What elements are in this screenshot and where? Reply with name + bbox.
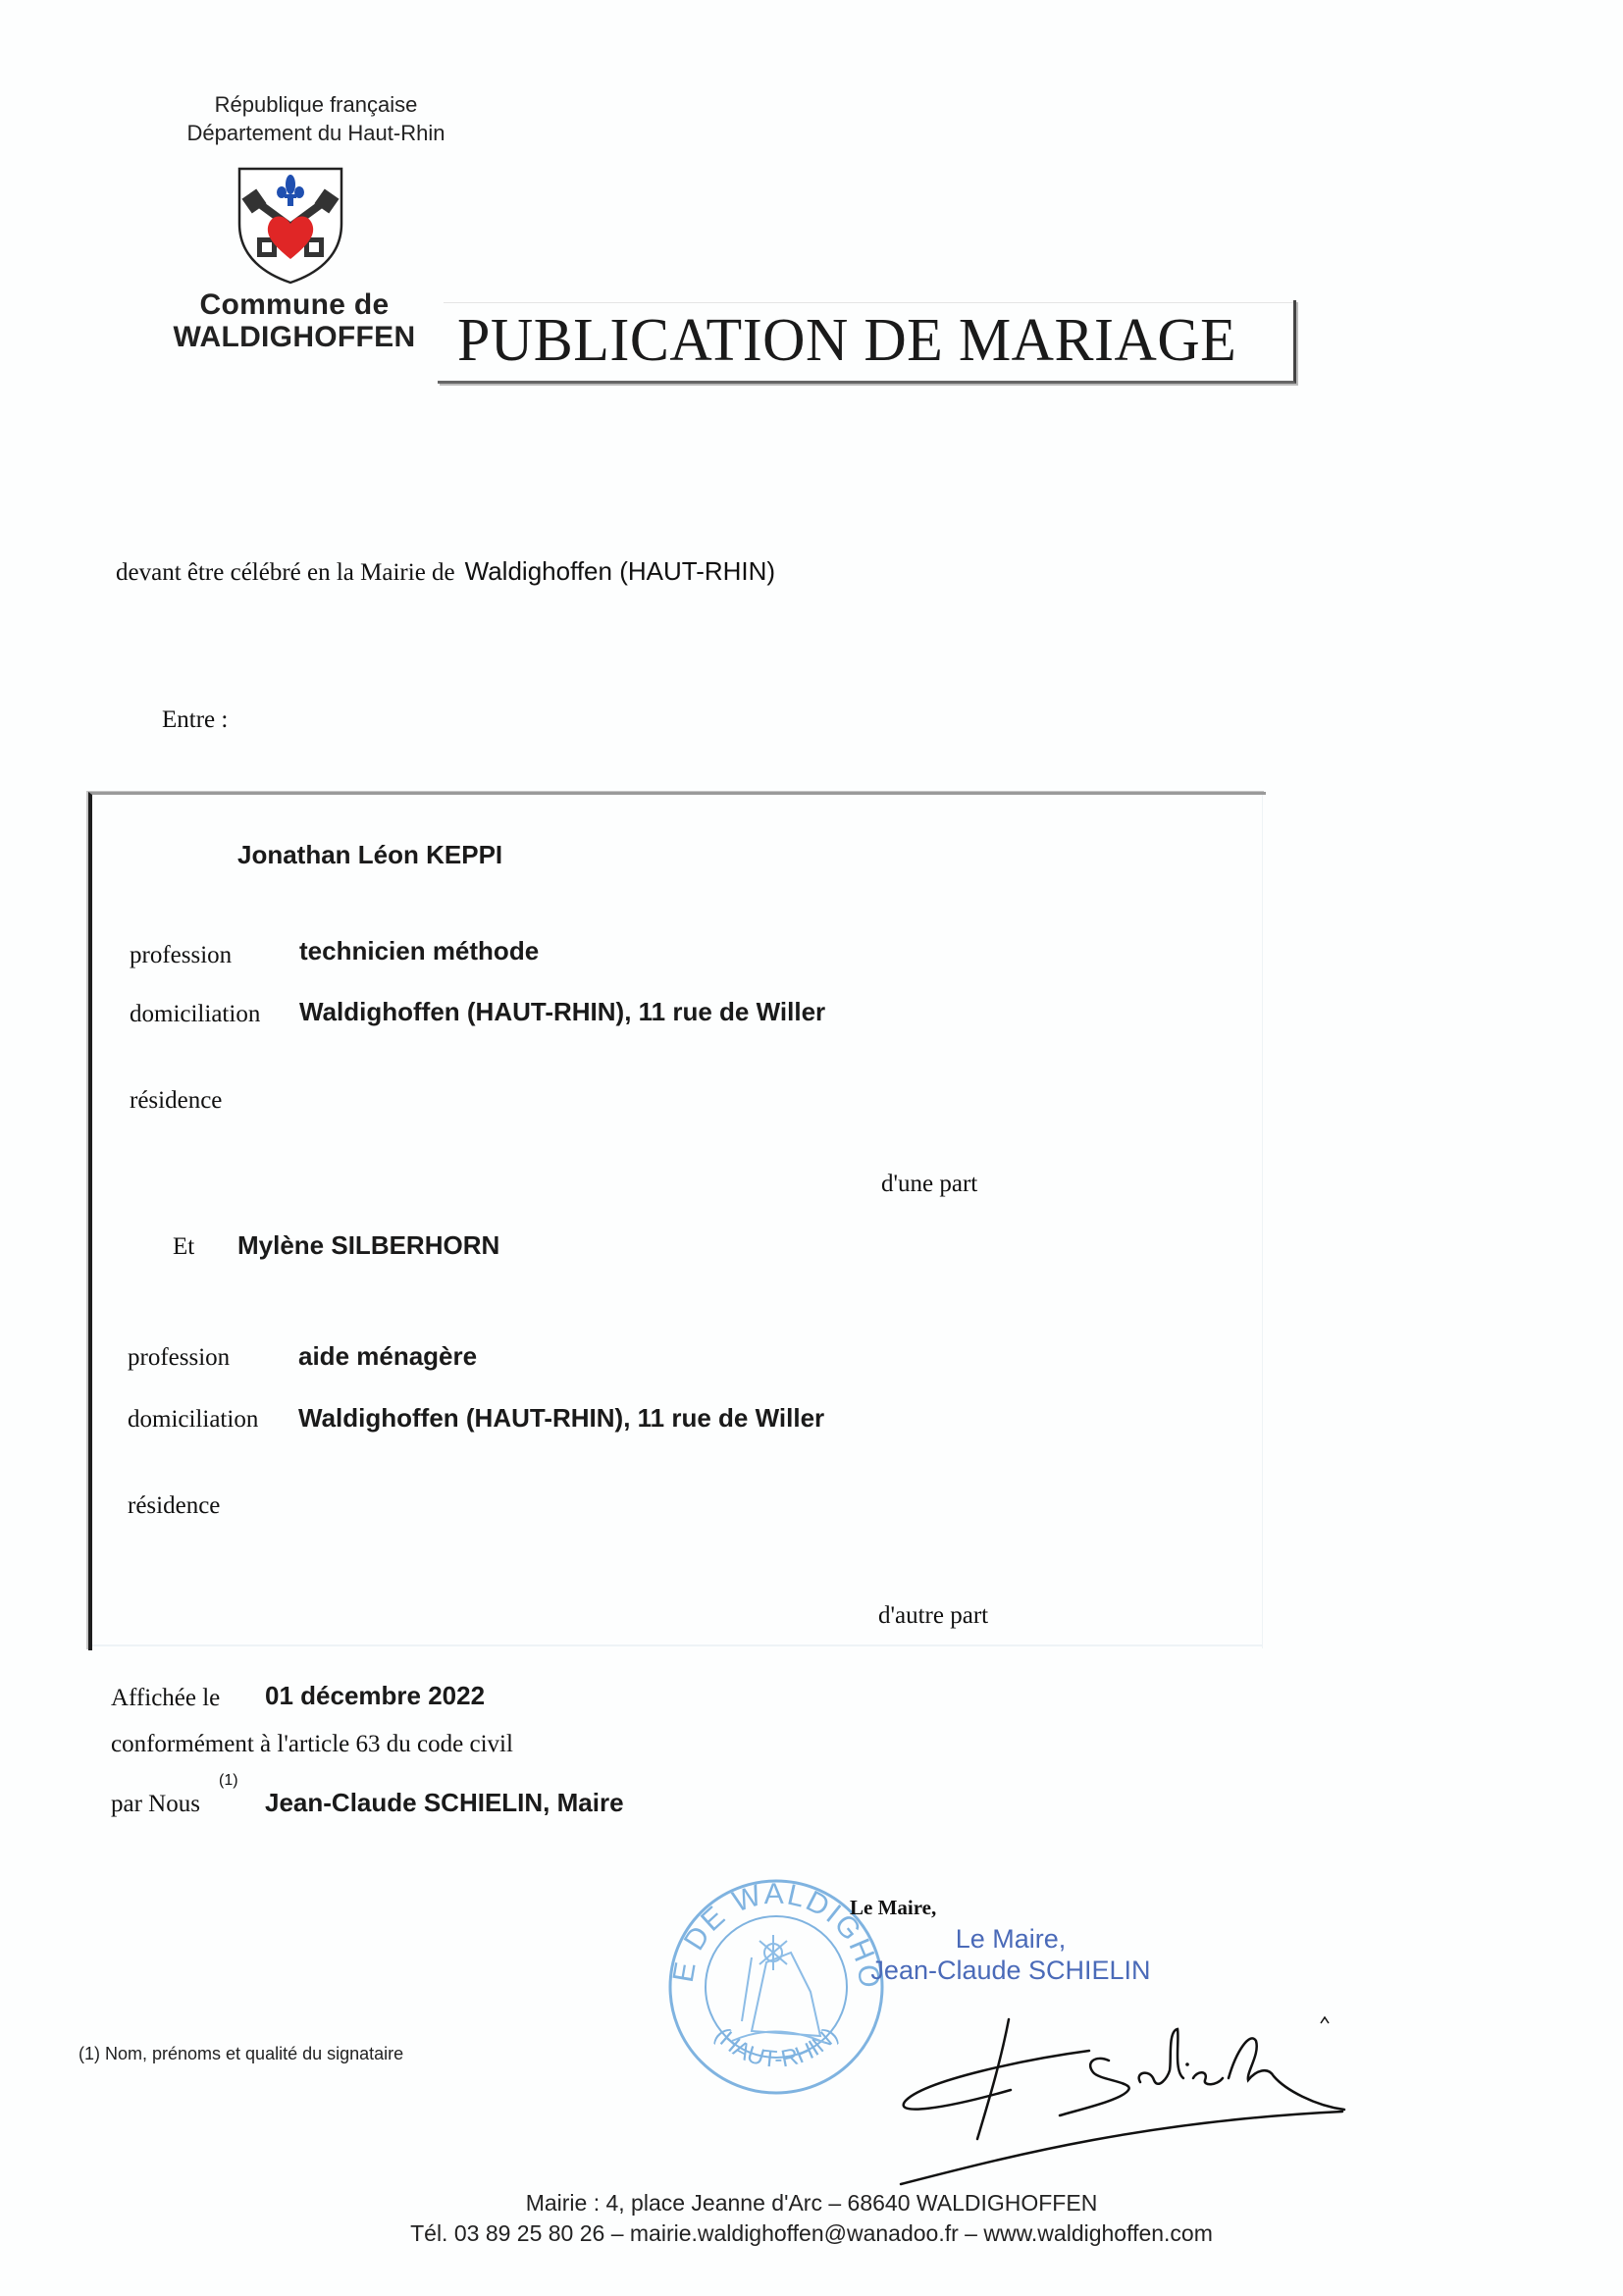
partner1-part-label: d'une part bbox=[881, 1171, 977, 1198]
partner2-profession-label: profession bbox=[128, 1344, 230, 1372]
partner1-profession: technicien méthode bbox=[299, 936, 539, 966]
partners-box-bottom-border bbox=[92, 1644, 1262, 1646]
mayor-stamp-title: Le Maire, bbox=[864, 1923, 1158, 1955]
commune-line1: Commune de bbox=[147, 288, 442, 321]
commune-name: Commune de WALDIGHOFFEN bbox=[147, 288, 442, 353]
partner2-residence-label: résidence bbox=[128, 1492, 220, 1520]
department-label: Département du Haut-Rhin bbox=[169, 119, 463, 147]
ceremony-line: devant être célébré en la Mairie deWaldi… bbox=[116, 556, 775, 587]
title-box-top-border bbox=[444, 302, 1293, 303]
partner2-profession: aide ménagère bbox=[298, 1341, 477, 1372]
partner2-part-label: d'autre part bbox=[878, 1602, 988, 1630]
mayor-signature bbox=[883, 2011, 1354, 2198]
partner2-prefix: Et bbox=[173, 1233, 194, 1261]
partner2-domicile-label: domiciliation bbox=[128, 1406, 258, 1434]
page-title: PUBLICATION DE MARIAGE bbox=[457, 305, 1236, 376]
article-text: conformément à l'article 63 du code civi… bbox=[111, 1731, 513, 1758]
partner2-domicile: Waldighoffen (HAUT-RHIN), 11 rue de Will… bbox=[298, 1403, 824, 1434]
svg-text:(HAUT-RHIN): (HAUT-RHIN) bbox=[709, 2022, 843, 2072]
partner1-domicile: Waldighoffen (HAUT-RHIN), 11 rue de Will… bbox=[299, 997, 825, 1027]
header-republic: République française Département du Haut… bbox=[169, 90, 463, 147]
footer-address: Mairie : 4, place Jeanne d'Arc – 68640 W… bbox=[294, 2188, 1329, 2218]
partner1-domicile-label: domiciliation bbox=[130, 1001, 260, 1028]
footnote-ref: (1) bbox=[219, 1772, 238, 1790]
partners-box-right-border bbox=[1262, 795, 1263, 1648]
signatory: Jean-Claude SCHIELIN, Maire bbox=[265, 1788, 624, 1818]
svg-text:MAIRIE DE WALDIGHOFFEN: MAIRIE DE WALDIGHOFFEN bbox=[663, 1874, 886, 1991]
ceremony-place: Waldighoffen (HAUT-RHIN) bbox=[465, 556, 775, 586]
ceremony-label: devant être célébré en la Mairie de bbox=[116, 559, 455, 586]
partner2-name: Mylène SILBERHORN bbox=[237, 1230, 499, 1261]
footnote: (1) Nom, prénoms et qualité du signatair… bbox=[79, 2044, 403, 2064]
mayor-stamp-name: Jean-Claude SCHIELIN bbox=[864, 1955, 1158, 1986]
posted-label: Affichée le bbox=[111, 1685, 220, 1712]
mayor-stamp: Le Maire, Jean-Claude SCHIELIN bbox=[864, 1923, 1158, 1986]
partners-box bbox=[88, 792, 1266, 1650]
partner1-name: Jonathan Léon KEPPI bbox=[237, 840, 502, 870]
footer-contact: Tél. 03 89 25 80 26 – mairie.waldighoffe… bbox=[294, 2218, 1329, 2249]
commune-line2: WALDIGHOFFEN bbox=[147, 321, 442, 353]
partner1-profession-label: profession bbox=[130, 942, 232, 969]
by-label: par Nous bbox=[111, 1791, 200, 1818]
republic-label: République française bbox=[169, 90, 463, 119]
coat-of-arms-icon bbox=[236, 165, 345, 285]
footer: Mairie : 4, place Jeanne d'Arc – 68640 W… bbox=[294, 2188, 1329, 2249]
partner1-residence-label: résidence bbox=[130, 1087, 222, 1115]
signature-printed-label: Le Maire, bbox=[850, 1896, 936, 1920]
between-label: Entre : bbox=[162, 706, 228, 734]
posted-date: 01 décembre 2022 bbox=[265, 1681, 485, 1711]
